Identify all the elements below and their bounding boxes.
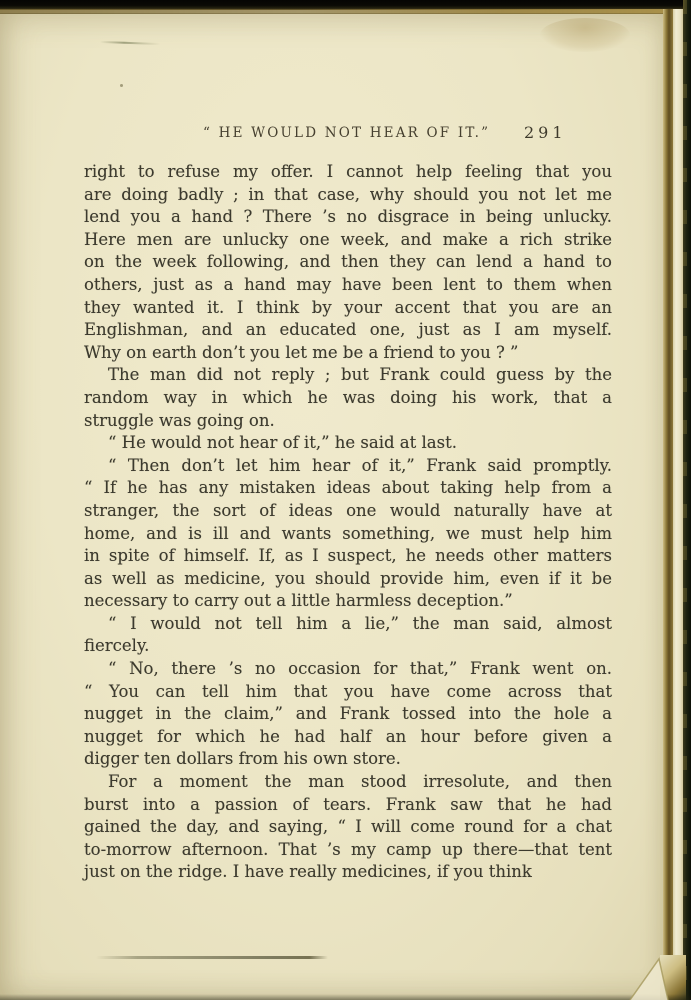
text-line: gained the day, and saying, “ I will com… <box>84 816 612 839</box>
text-line: Englishman, and an educated one, just as… <box>84 319 612 342</box>
text-line: The man did not reply ; but Frank could … <box>84 364 612 387</box>
text-line: digger ten dollars from his own store. <box>84 748 612 771</box>
dogear-fold <box>622 950 677 1000</box>
paper-speck <box>120 84 123 87</box>
right-binding-shadow <box>683 0 691 1000</box>
text-line: random way in which he was doing his wor… <box>84 387 612 410</box>
text-line: right to refuse my offer. I cannot help … <box>84 161 612 184</box>
text-line: Here men are unlucky one week, and make … <box>84 229 612 252</box>
text-line: just on the ridge. I have really medicin… <box>84 861 612 884</box>
book-page-scan: “ HE WOULD NOT HEAR OF IT.” 291 right to… <box>0 0 691 1000</box>
text-line: in spite of himself. If, as I suspect, h… <box>84 545 612 568</box>
text-line: “ You can tell him that you have come ac… <box>84 681 612 704</box>
text-line: “ He would not hear of it,” he said at l… <box>84 432 612 455</box>
bottom-shadow <box>0 994 691 1000</box>
text-line: “ I would not tell him a lie,” the man s… <box>84 613 612 636</box>
text-line: “ If he has any mistaken ideas about tak… <box>84 477 612 500</box>
text-line: as well as medicine, you should provide … <box>84 568 612 591</box>
text-line: they wanted it. I think by your accent t… <box>84 297 612 320</box>
text-line: to-morrow afternoon. That ’s my camp up … <box>84 839 612 862</box>
bottom-crease-shadow <box>96 956 328 959</box>
page-top-edge <box>0 9 665 14</box>
text-line: fiercely. <box>84 635 612 658</box>
text-line: are doing badly ; in that case, why shou… <box>84 184 612 207</box>
text-line: “ Then don’t let him hear of it,” Frank … <box>84 455 612 478</box>
text-line: others, just as a hand may have been len… <box>84 274 612 297</box>
text-line: nugget in the claim,” and Frank tossed i… <box>84 703 612 726</box>
text-line: necessary to carry out a little harmless… <box>84 590 612 613</box>
paper-stain <box>540 18 630 52</box>
text-line: on the week following, and then they can… <box>84 251 612 274</box>
right-page-edge <box>663 9 673 1000</box>
text-line: lend you a hand ? There ’s no disgrace i… <box>84 206 612 229</box>
body-text: right to refuse my offer. I cannot help … <box>84 161 612 884</box>
text-line: For a moment the man stood irresolute, a… <box>84 771 612 794</box>
text-line: “ No, there ’s no occasion for that,” Fr… <box>84 658 612 681</box>
page-number: 291 <box>524 123 567 142</box>
text-line: struggle was going on. <box>84 410 612 433</box>
text-line: Why on earth don’t you let me be a frien… <box>84 342 612 365</box>
next-page-foredge <box>673 9 683 964</box>
text-line: home, and is ill and wants something, we… <box>84 523 612 546</box>
text-line: nugget for which he had half an hour bef… <box>84 726 612 749</box>
text-line: stranger, the sort of ideas one would na… <box>84 500 612 523</box>
text-line: burst into a passion of tears. Frank saw… <box>84 794 612 817</box>
running-head-title: “ HE WOULD NOT HEAR OF IT.” <box>203 125 463 141</box>
